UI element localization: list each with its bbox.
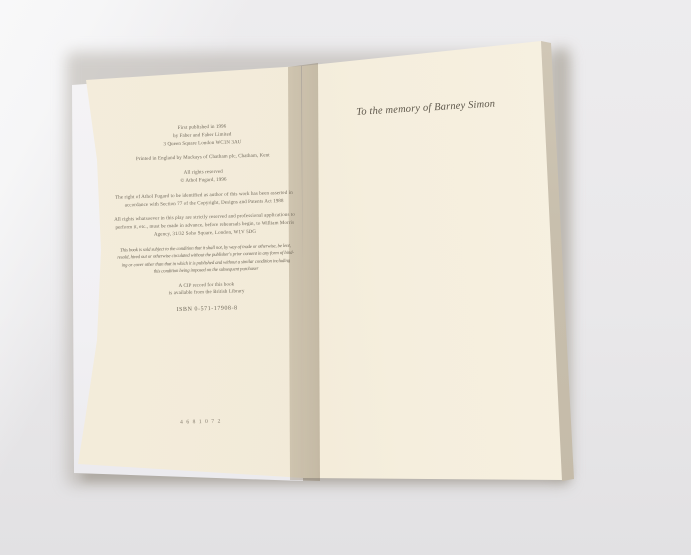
imprint-line: Printed in England by Mackays of Chatham… — [105, 152, 301, 165]
copyright-page-text: First published in 1996 by Faber and Fab… — [104, 122, 305, 316]
cip-block: A CIP record for this book is available … — [108, 279, 304, 300]
assertion-block: The right of Athol Fugard to be identifi… — [106, 189, 302, 210]
publisher-block: First published in 1996 by Faber and Fab… — [104, 122, 301, 151]
performance-rights-block: All rights whatsoever in this play are s… — [107, 212, 304, 241]
rights-block: All rights reserved © Athol Fugard, 1996 — [105, 167, 301, 188]
photo-of-open-book: First published in 1996 by Faber and Fab… — [0, 0, 691, 555]
printer-block: Printed in England by Mackays of Chatham… — [105, 152, 301, 165]
sale-conditions-block: This book is sold subject to the conditi… — [107, 242, 304, 277]
